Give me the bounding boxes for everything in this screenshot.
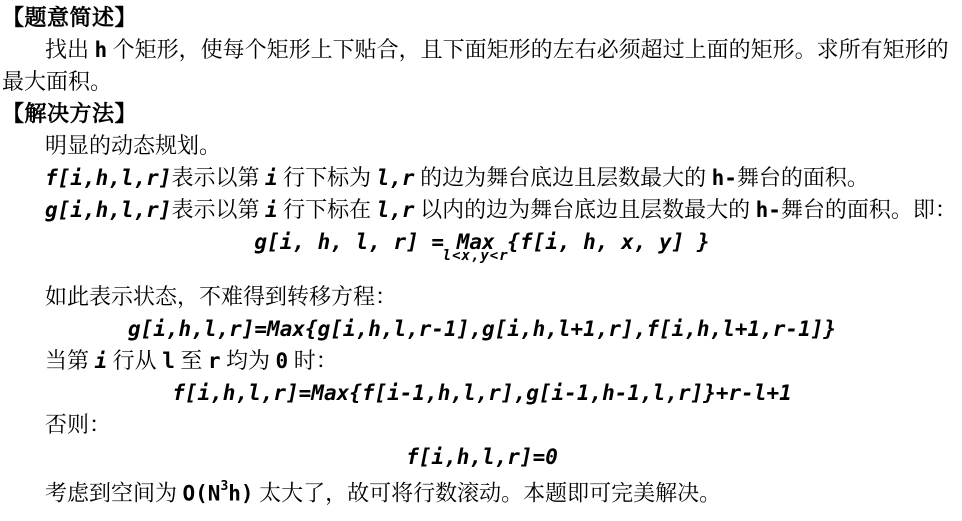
formula-left: g[i, h, l, r] = bbox=[254, 230, 456, 254]
para-f-definition: f[i,h,l,r]表示以第 i 行下标为 l,r 的边为舞台底边且层数最大的 … bbox=[2, 162, 962, 194]
formula-g-transfer: g[i,h,l,r]=Max{g[i,h,l,r-1],g[i,h,l+1,r]… bbox=[2, 313, 962, 345]
text-run: 的边为舞台底边且层数最大的 bbox=[415, 165, 712, 190]
text-run: 【题意简述】 bbox=[2, 5, 137, 30]
text-run: i bbox=[95, 349, 108, 373]
formula-right: {f[i, h, x, y] } bbox=[495, 230, 710, 254]
max-operator: Maxl<x,y<r bbox=[457, 226, 495, 258]
text-run: 如此表示状态，不难得到转移方程： bbox=[45, 284, 397, 309]
text-run: 舞台的面积。即： bbox=[781, 197, 957, 222]
text-run: 最大面积。 bbox=[2, 69, 112, 94]
max-subscript: l<x,y<r bbox=[443, 249, 509, 263]
text-run: l,r bbox=[377, 198, 415, 222]
text-run: 0 bbox=[276, 349, 289, 373]
text-run: 否则： bbox=[45, 412, 111, 437]
text-run: 太大了，故可将行数滚动。本题即可完美解决。 bbox=[254, 480, 722, 505]
heading-solution: 【解决方法】 bbox=[2, 98, 962, 130]
formula-g-max-definition: g[i, h, l, r] = Maxl<x,y<r {f[i, h, x, y… bbox=[2, 226, 962, 281]
text-run: g[i,h,l,r]=Max{g[i,h,l,r-1],g[i,h,l+1,r]… bbox=[128, 317, 836, 341]
text-run: l bbox=[162, 349, 175, 373]
text-run: 明显的动态规划。 bbox=[45, 133, 221, 158]
text-run: 行下标在 bbox=[278, 197, 377, 222]
text-run: h- bbox=[756, 198, 781, 222]
text-run: l,r bbox=[377, 166, 415, 190]
text-run: 表示以第 bbox=[171, 165, 265, 190]
text-run: 以内的边为舞台底边且层数最大的 bbox=[415, 197, 756, 222]
text-run: 至 bbox=[175, 348, 208, 373]
text-run: 行下标为 bbox=[278, 165, 377, 190]
para-problem-line1: 找出 h 个矩形，使每个矩形上下贴合，且下面矩形的左右必须超过上面的矩形。求所有… bbox=[2, 34, 962, 66]
formula-f-transfer: f[i,h,l,r]=Max{f[i-1,h,l,r],g[i-1,h-1,l,… bbox=[2, 377, 962, 409]
para-dp: 明显的动态规划。 bbox=[2, 130, 962, 162]
text-run: 个矩形，使每个矩形上下贴合，且下面矩形的左右必须超过上面的矩形。求所有矩形的 bbox=[107, 37, 949, 62]
text-run: 当第 bbox=[45, 348, 95, 373]
text-run: h bbox=[95, 38, 108, 62]
text-run: 找出 bbox=[45, 37, 95, 62]
text-run: i bbox=[265, 166, 278, 190]
text-run: 行从 bbox=[107, 348, 162, 373]
text-run: r bbox=[208, 349, 221, 373]
text-run: 考虑到空间为 bbox=[45, 480, 183, 505]
heading-problem-summary: 【题意简述】 bbox=[2, 2, 962, 34]
text-run: 表示以第 bbox=[171, 197, 265, 222]
para-g-definition: g[i,h,l,r]表示以第 i 行下标在 l,r 以内的边为舞台底边且层数最大… bbox=[2, 194, 962, 226]
text-run: f[i,h,l,r]=Max{f[i-1,h,l,r],g[i-1,h-1,l,… bbox=[172, 381, 792, 405]
text-run: 【解决方法】 bbox=[2, 101, 137, 126]
text-run: 3 bbox=[220, 479, 228, 494]
para-transfer-intro: 如此表示状态，不难得到转移方程： bbox=[2, 281, 962, 313]
para-otherwise: 否则： bbox=[2, 409, 962, 441]
text-run: g[i,h,l,r] bbox=[45, 198, 171, 222]
text-run: 均为 bbox=[221, 348, 276, 373]
document-page: 【题意简述】找出 h 个矩形，使每个矩形上下贴合，且下面矩形的左右必须超过上面的… bbox=[0, 0, 962, 509]
text-run: h) bbox=[228, 481, 253, 505]
text-run: i bbox=[265, 198, 278, 222]
text-run: 舞台的面积。 bbox=[737, 165, 869, 190]
para-problem-line2: 最大面积。 bbox=[2, 66, 962, 98]
text-run: 时： bbox=[288, 348, 338, 373]
text-run: f[i,h,l,r]=0 bbox=[406, 445, 558, 469]
text-run: h- bbox=[712, 166, 737, 190]
text-run: f[i,h,l,r] bbox=[45, 166, 171, 190]
formula-f-zero: f[i,h,l,r]=0 bbox=[2, 441, 962, 473]
para-condition-zero: 当第 i 行从 l 至 r 均为 0 时： bbox=[2, 345, 962, 377]
text-run: O(N bbox=[183, 481, 221, 505]
para-space-note: 考虑到空间为 O(N3h) 太大了，故可将行数滚动。本题即可完美解决。 bbox=[2, 473, 962, 509]
